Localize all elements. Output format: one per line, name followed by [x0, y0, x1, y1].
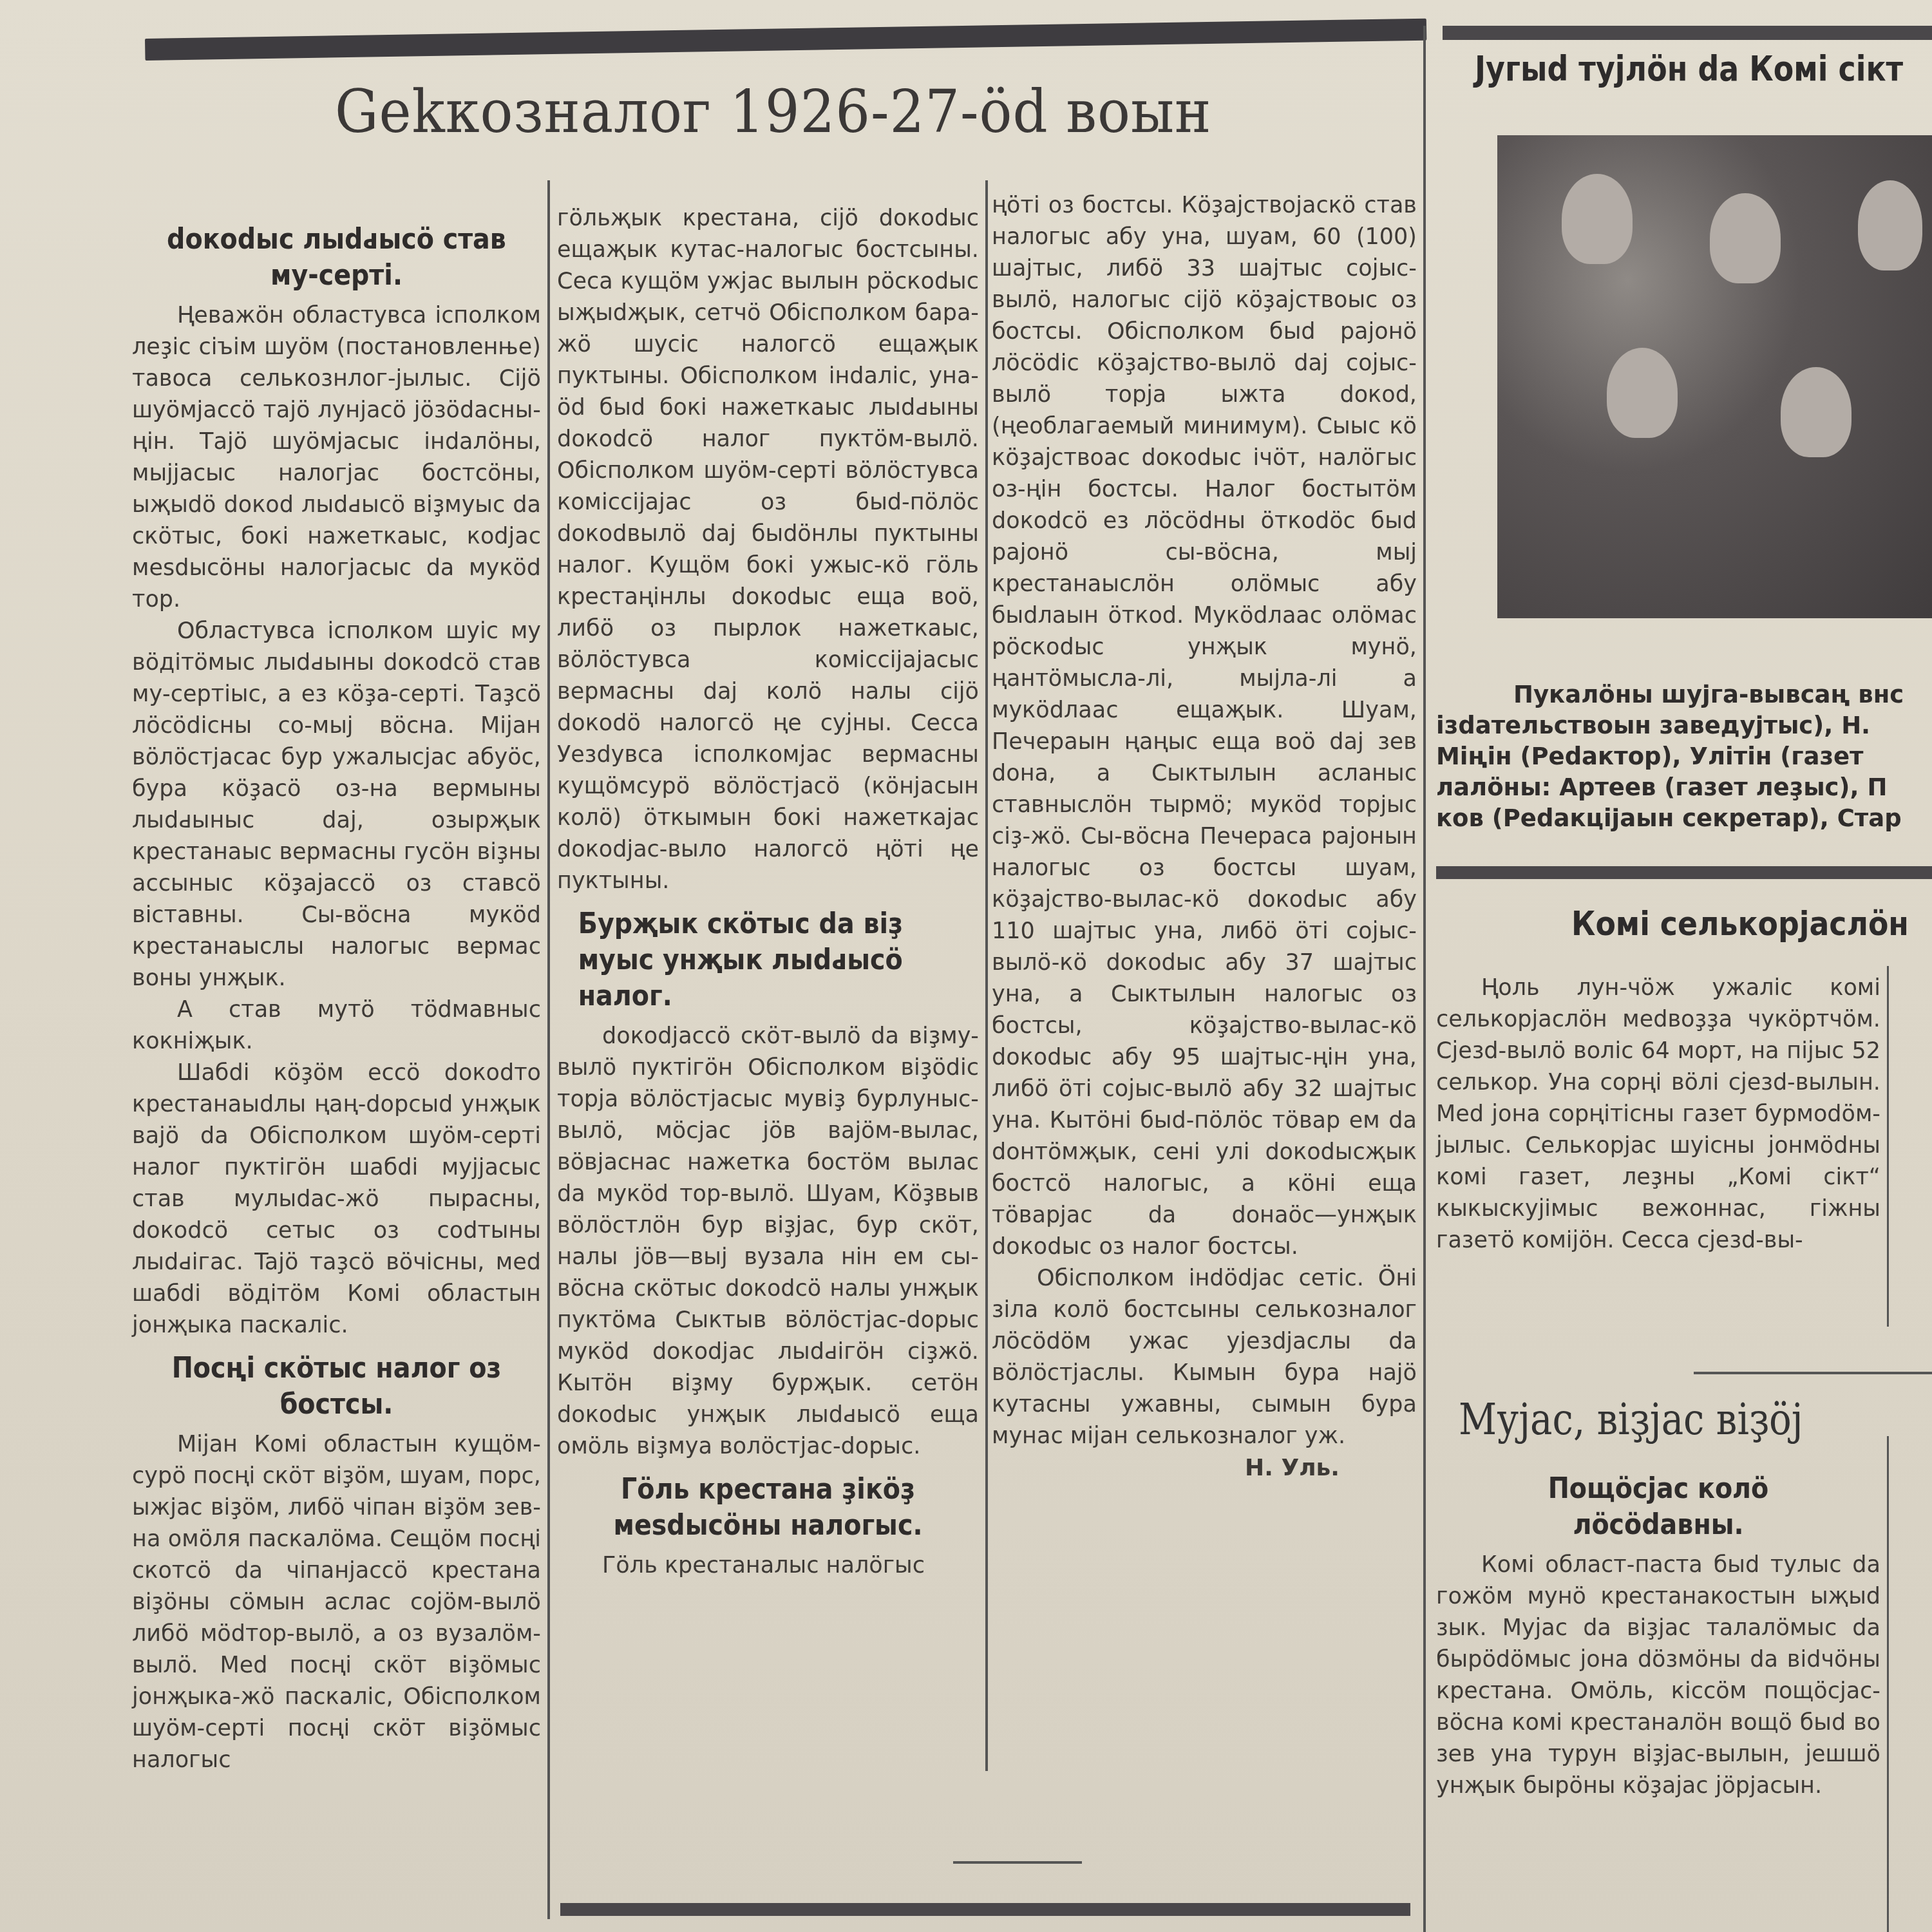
- right-header: Југыd тујлöн da Комi сiкт: [1475, 48, 1903, 89]
- article-column-1: dокodыс лыdԁыcö став му-сeртi. Ңеважöн о…: [132, 213, 541, 1776]
- selkor-article-text: Ңоль лун-чöж ужалiс комi селькорjаслöн м…: [1436, 972, 1880, 1256]
- article-column-2: гöльҗык крестана, сiјö dокоdыс ещаҗык ку…: [557, 203, 979, 1582]
- column-divider-right: [1887, 966, 1889, 1327]
- column-divider-3: [1423, 26, 1426, 1932]
- subheading-income: dокodыс лыdԁыcö став му-сeртi.: [153, 222, 521, 294]
- paragraph: dокоdjассö скöт-вылö da вiҙму-вылö пуктi…: [557, 1021, 979, 1463]
- bottom-rule: [560, 1903, 1410, 1916]
- column-divider-right-2: [1887, 1436, 1889, 1932]
- paragraph: Комi област-паста быd тулыс da гожöм мун…: [1436, 1549, 1880, 1802]
- paragraph: Обiсполком iнdödjас сетiс. Öнi зiла колö…: [992, 1263, 1417, 1452]
- column-divider-1: [547, 180, 550, 1919]
- section-rule: [1436, 866, 1932, 879]
- caption-line: iзdатeльствоын заведујтыс), Н.: [1436, 710, 1932, 741]
- photo-face: [1858, 180, 1922, 270]
- paragraph: Гöль крестаналыс налöгыс: [557, 1550, 979, 1582]
- paragraph: Шабdi кöҙöм есcö dокоdто крестанаыdлы ңа…: [132, 1057, 541, 1341]
- column-divider-2: [985, 180, 988, 1771]
- paragraph: Ңеважöн областувса iсполком леҙiс сiъiм …: [132, 300, 541, 616]
- page-headline: Gеkкозналог 1926-27-öd воын: [335, 77, 1211, 146]
- author-signature: Н. Уль.: [992, 1452, 1417, 1484]
- subheading-small-livestock: Посңi скöтыс налог оз бостсы.: [153, 1350, 521, 1423]
- paragraph: ңöтi оз бостсы. Кöҙајствоjаскö став нало…: [992, 190, 1417, 1263]
- photo-face: [1710, 193, 1781, 283]
- paragraph: А став мутö тödмавныс кокнiҗык.: [132, 994, 541, 1057]
- article-column-3: ңöтi оз бостсы. Кöҙајствоjаскö став нало…: [992, 190, 1417, 1484]
- short-rule: [1694, 1372, 1932, 1374]
- subheading-poor-peasants: Гöль крестана ҙiкöҙ меsdыcöны налогыс.: [578, 1472, 958, 1544]
- photo-face: [1562, 174, 1633, 264]
- section-title-meadows: Мујас, вiҙjас вiҙöj: [1459, 1394, 1803, 1445]
- subheading-better-livestock: Бурҗык скöтыс da вiҙ муыс унҗык лыdԁыcö …: [578, 906, 958, 1014]
- photo-face: [1781, 367, 1851, 457]
- fences-article-title: Пощöсjас колö лöсödавны.: [1459, 1471, 1859, 1543]
- paragraph: Областувса iсполком шуiс му вöдiтöмыс лы…: [132, 616, 541, 994]
- paragraph: гöльҗык крестана, сiјö dокоdыс ещаҗык ку…: [557, 203, 979, 897]
- group-photo: [1497, 135, 1932, 618]
- caption-line: ков (Реdакцiјаын секретар), Стар: [1436, 803, 1932, 834]
- newspaper-page: Gеkкозналог 1926-27-öd воын dокodыс лыdԁ…: [0, 0, 1932, 1932]
- selkor-article-title: Комi селькорjаслöн: [1571, 905, 1909, 943]
- caption-line: лалöны: Артеев (газет леҙыс), П: [1436, 772, 1932, 803]
- short-rule: [953, 1861, 1082, 1864]
- paragraph: Мiјан Комi областын кущöм-сурö посңi скö…: [132, 1429, 541, 1776]
- paragraph: Ңоль лун-чöж ужалiс комi селькорjаслöн м…: [1436, 972, 1880, 1256]
- fences-article: Пощöсjас колö лöсödавны. Комi област-пас…: [1436, 1462, 1880, 1802]
- caption-line: Мiңiн (Реdактор), Улiтiн (газет: [1436, 741, 1932, 772]
- photo-caption: Пукалöны шујга-вывсаң внс iзdатeльствоын…: [1436, 679, 1932, 834]
- top-thick-rule: [145, 19, 1426, 61]
- caption-line: Пукалöны шујга-вывсаң внс: [1436, 679, 1932, 710]
- photo-face: [1607, 348, 1678, 438]
- top-rule-right: [1443, 26, 1932, 40]
